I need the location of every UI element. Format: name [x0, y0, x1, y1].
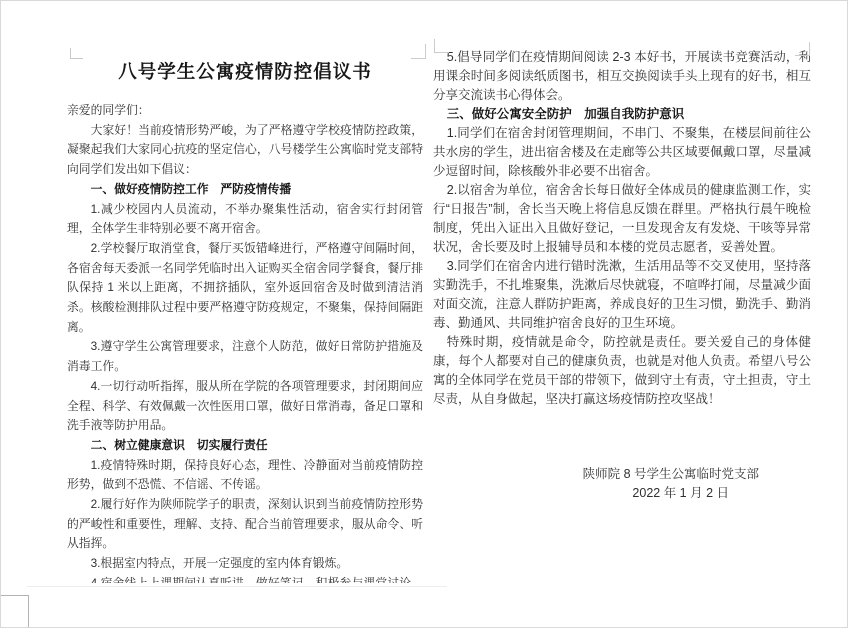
paragraph: 3.根据室内特点，开展一定强度的室内体育锻炼。	[67, 554, 423, 574]
paragraph: 2.以宿舍为单位，宿舍舍长每日做好全体成员的健康监测工作，实行“日报告”制，舍长…	[433, 181, 811, 257]
paragraph: 3.同学们在宿舍内进行错时洗漱，生活用品等不交叉使用，坚持落实勤洗手，不扎堆聚集…	[433, 257, 811, 333]
section-heading: 二、树立健康意识 切实履行责任	[67, 436, 423, 456]
crop-mark-icon	[795, 42, 810, 56]
paragraph: 2.履行好作为陕师院学子的职责，深刻认识到当前疫情防控形势的严峻性和重要性，理解…	[67, 495, 423, 554]
paragraph: 1.减少校园内人员流动，不举办聚集性活动，宿舍实行封闭管理，全体学生非特别必要不…	[67, 200, 423, 239]
left-page-body: 亲爱的同学们：大家好！当前疫情形势严峻，为了严格遵守学校疫情防控政策，凝聚起我们…	[67, 101, 423, 583]
next-page-corner-edge	[0, 595, 29, 628]
paragraph: 特殊时期，疫情就是命令，防控就是责任。要关爱自己的身体健康，每个人都要对自己的健…	[433, 333, 811, 409]
right-page-body: 5.倡导同学们在疫情期间阅读 2-3 本好书，开展读书竞赛活动，利用课余时间多阅…	[433, 48, 811, 409]
crop-mark-icon	[434, 39, 449, 53]
crop-mark-icon	[70, 48, 83, 59]
document-title: 八号学生公寓疫情防控倡议书	[67, 59, 423, 85]
paragraph: 5.倡导同学们在疫情期间阅读 2-3 本好书，开展读书竞赛活动，利用课余时间多阅…	[433, 48, 811, 105]
signature: 陕师院 8 号学生公寓临时党支部	[433, 465, 811, 484]
paragraph: 2.学校餐厅取消堂食，餐厅买饭错峰进行，严格遵守间隔时间，各宿舍每天委派一名同学…	[67, 239, 423, 338]
signature-block: 陕师院 8 号学生公寓临时党支部 2022 年 1 月 2 日	[433, 465, 811, 503]
page-right: 5.倡导同学们在疫情期间阅读 2-3 本好书，开展读书竞赛活动，利用课余时间多阅…	[433, 48, 811, 503]
section-heading: 一、做好疫情防控工作 严防疫情传播	[67, 180, 423, 200]
section-heading: 三、做好公寓安全防护 加强自我防护意识	[433, 105, 811, 124]
salutation: 亲爱的同学们：	[67, 101, 423, 121]
paragraph: 3.遵守学生公寓管理要求，注意个人防范，做好日常防护措施及消毒工作。	[67, 337, 423, 376]
crop-mark-icon	[411, 44, 426, 59]
paragraph: 1.同学们在宿舍封闭管理期间，不串门、不聚集，在楼层间前往公共水房的学生，进出宿…	[433, 124, 811, 181]
paragraph: 4.宿舍线上上课期间认真听讲，做好笔记，积极参与课堂讨论，遵守课堂纪律，争做自律…	[67, 574, 423, 583]
document-canvas: 八号学生公寓疫情防控倡议书 亲爱的同学们：大家好！当前疫情形势严峻，为了严格遵守…	[0, 0, 848, 628]
paragraph: 4.一切行动听指挥，服从所在学院的各项管理要求，封闭期间应全程、科学、有效佩戴一…	[67, 377, 423, 436]
page-left: 八号学生公寓疫情防控倡议书 亲爱的同学们：大家好！当前疫情形势严峻，为了严格遵守…	[67, 59, 423, 583]
page-cut-edge	[27, 586, 447, 587]
paragraph: 1.疫情特殊时期，保持良好心态，理性、冷静面对当前疫情防控形势，做到不恐慌、不信…	[67, 456, 423, 495]
signature-date: 2022 年 1 月 2 日	[433, 484, 811, 503]
paragraph: 大家好！当前疫情形势严峻，为了严格遵守学校疫情防控政策，凝聚起我们大家同心抗疫的…	[67, 121, 423, 180]
